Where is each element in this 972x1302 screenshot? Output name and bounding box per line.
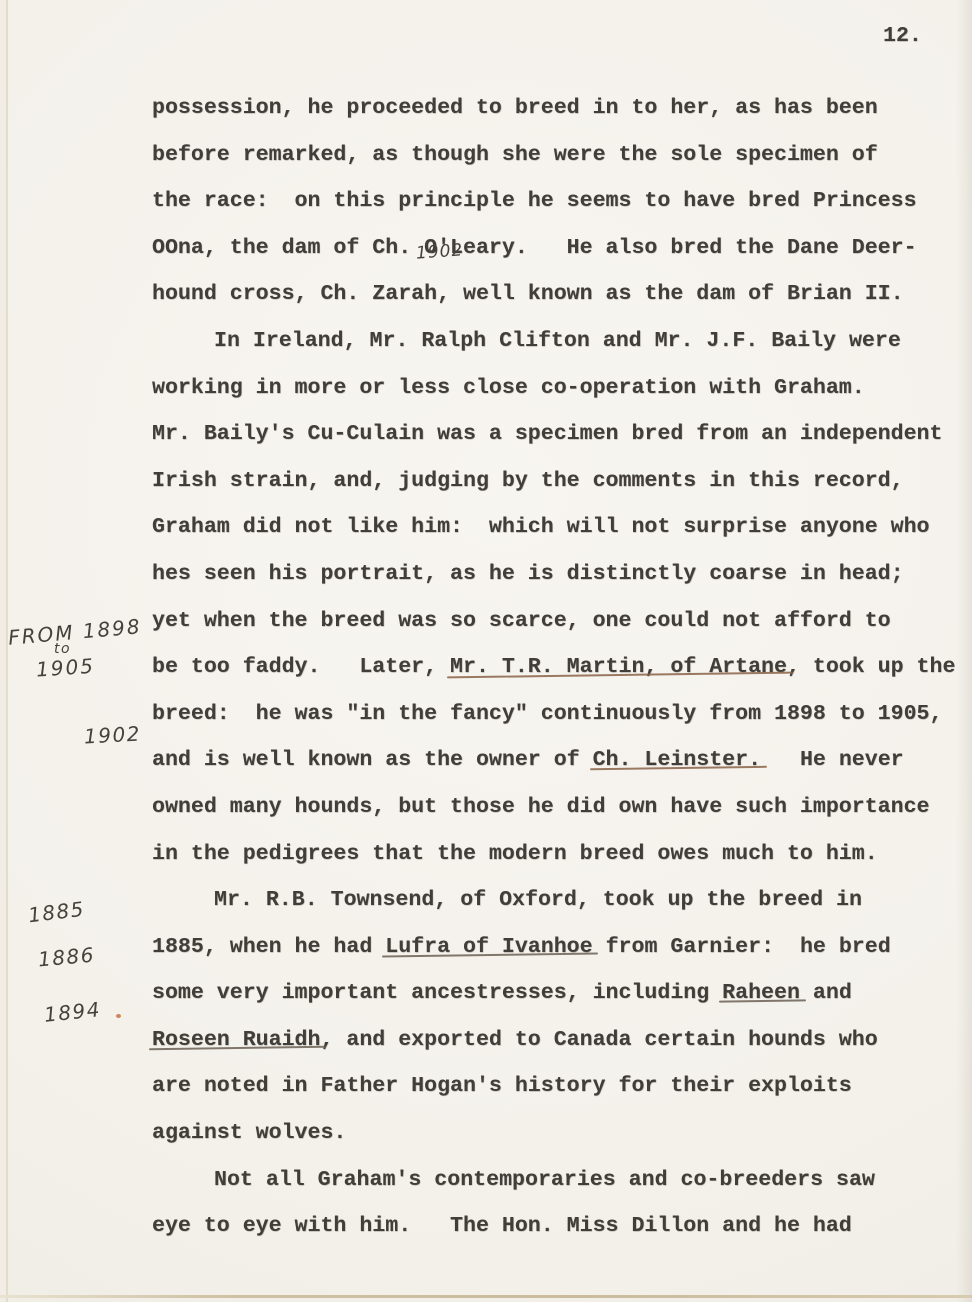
margin-note-1886: 1886 (37, 943, 96, 972)
typescript-line: against wolves. (152, 1110, 964, 1157)
page-number: 12. (883, 24, 922, 48)
typescript-line: some very important ancestresses, includ… (152, 970, 964, 1017)
typescript-text: are noted in Father Hogan's history for … (152, 1074, 852, 1098)
typescript-line: hes seen his portrait, as he is distinct… (152, 551, 964, 598)
typescript-text: , and exported to Canada certain hounds … (320, 1028, 877, 1052)
scanned-typescript-page: 12. possession, he proceeded to breed in… (0, 0, 972, 1302)
typescript-text: Mr. R.B. Townsend, of Oxford, took up th… (214, 888, 862, 912)
typescript-text: in the pedigrees that the modern breed o… (152, 842, 878, 866)
typescript-line: eye to eye with him. The Hon. Miss Dillo… (152, 1203, 964, 1250)
inline-note-1902: 1902 (415, 240, 464, 263)
typescript-line: in the pedigrees that the modern breed o… (152, 831, 964, 878)
typescript-text: He never (761, 748, 904, 772)
typescript-text: from Garnier: he bred (593, 935, 891, 959)
typescript-text: against wolves. (152, 1121, 346, 1145)
underlined-text: Mr. T.R. Martin, of Artane (450, 655, 787, 679)
typescript-text: and (800, 981, 852, 1005)
typescript-text: hes seen his portrait, as he is distinct… (152, 562, 904, 586)
typescript-text: working in more or less close co-operati… (152, 376, 865, 400)
typescript-line: 1885, when he had Lufra of Ivanhoe from … (152, 924, 964, 971)
typescript-text: be too faddy. Later, (152, 655, 450, 679)
typescript-text: 1885, when he had (152, 935, 385, 959)
typescript-body: possession, he proceeded to breed in to … (152, 85, 964, 1250)
typescript-text: before remarked, as though she were the … (152, 143, 878, 167)
typescript-line: In Ireland, Mr. Ralph Clifton and Mr. J.… (152, 318, 964, 365)
typescript-line: Mr. R.B. Townsend, of Oxford, took up th… (152, 877, 964, 924)
typescript-text: breed: he was "in the fancy" continuousl… (152, 702, 942, 726)
underlined-text: Roseen Ruaidh (152, 1028, 320, 1052)
typescript-text: yet when the breed was so scarce, one co… (152, 609, 891, 633)
underlined-text: Raheen (722, 981, 800, 1005)
typescript-text: Not all Graham's contemporaries and co-b… (214, 1168, 875, 1192)
typescript-text: some very important ancestresses, includ… (152, 981, 722, 1005)
margin-note-date-range: FROM 1898 to 1905 (8, 620, 142, 678)
margin-note-1902: 1902 (83, 722, 141, 749)
typescript-line: are noted in Father Hogan's history for … (152, 1063, 964, 1110)
typescript-text: the race: on this principle he seems to … (152, 189, 917, 213)
typescript-line: owned many hounds, but those he did own … (152, 784, 964, 831)
typescript-line: before remarked, as though she were the … (152, 132, 964, 179)
typescript-line: yet when the breed was so scarce, one co… (152, 598, 964, 645)
typescript-line: Graham did not like him: which will not … (152, 504, 964, 551)
underlined-text: Ch. Leinster. (593, 748, 761, 772)
typescript-text: possession, he proceeded to breed in to … (152, 96, 878, 120)
margin-note-1885: 1885 (27, 897, 86, 928)
stray-ink-mark (116, 1014, 121, 1018)
typescript-text: OOna, the dam of Ch. O'Leary. He also br… (152, 236, 917, 260)
typescript-line: OOna, the dam of Ch. O'Leary. He also br… (152, 225, 964, 272)
typescript-text: hound cross, Ch. Zarah, well known as th… (152, 282, 904, 306)
typescript-line: and is well known as the owner of Ch. Le… (152, 737, 964, 784)
typescript-line: be too faddy. Later, Mr. T.R. Martin, of… (152, 644, 964, 691)
typescript-text: , took up the (787, 655, 955, 679)
margin-note-text: 1905 (35, 650, 142, 681)
typescript-text: In Ireland, Mr. Ralph Clifton and Mr. J.… (214, 329, 901, 353)
typescript-line: Not all Graham's contemporaries and co-b… (152, 1157, 964, 1204)
typescript-line: working in more or less close co-operati… (152, 365, 964, 412)
typescript-line: Roseen Ruaidh, and exported to Canada ce… (152, 1017, 964, 1064)
typescript-text: eye to eye with him. The Hon. Miss Dillo… (152, 1214, 852, 1238)
margin-note-1894: 1894 (43, 997, 102, 1027)
typescript-line: hound cross, Ch. Zarah, well known as th… (152, 271, 964, 318)
typescript-line: breed: he was "in the fancy" continuousl… (152, 691, 964, 738)
typescript-line: Irish strain, and, judging by the commen… (152, 458, 964, 505)
typescript-text: and is well known as the owner of (152, 748, 593, 772)
underlined-text: Lufra of Ivanhoe (385, 935, 592, 959)
typescript-line: the race: on this principle he seems to … (152, 178, 964, 225)
typescript-text: Graham did not like him: which will not … (152, 515, 930, 539)
scan-bottom-edge (0, 1295, 972, 1298)
typescript-text: Mr. Baily's Cu-Culain was a specimen bre… (152, 422, 942, 446)
typescript-line: possession, he proceeded to breed in to … (152, 85, 964, 132)
typescript-text: Irish strain, and, judging by the commen… (152, 469, 904, 493)
typescript-text: owned many hounds, but those he did own … (152, 795, 930, 819)
typescript-line: Mr. Baily's Cu-Culain was a specimen bre… (152, 411, 964, 458)
